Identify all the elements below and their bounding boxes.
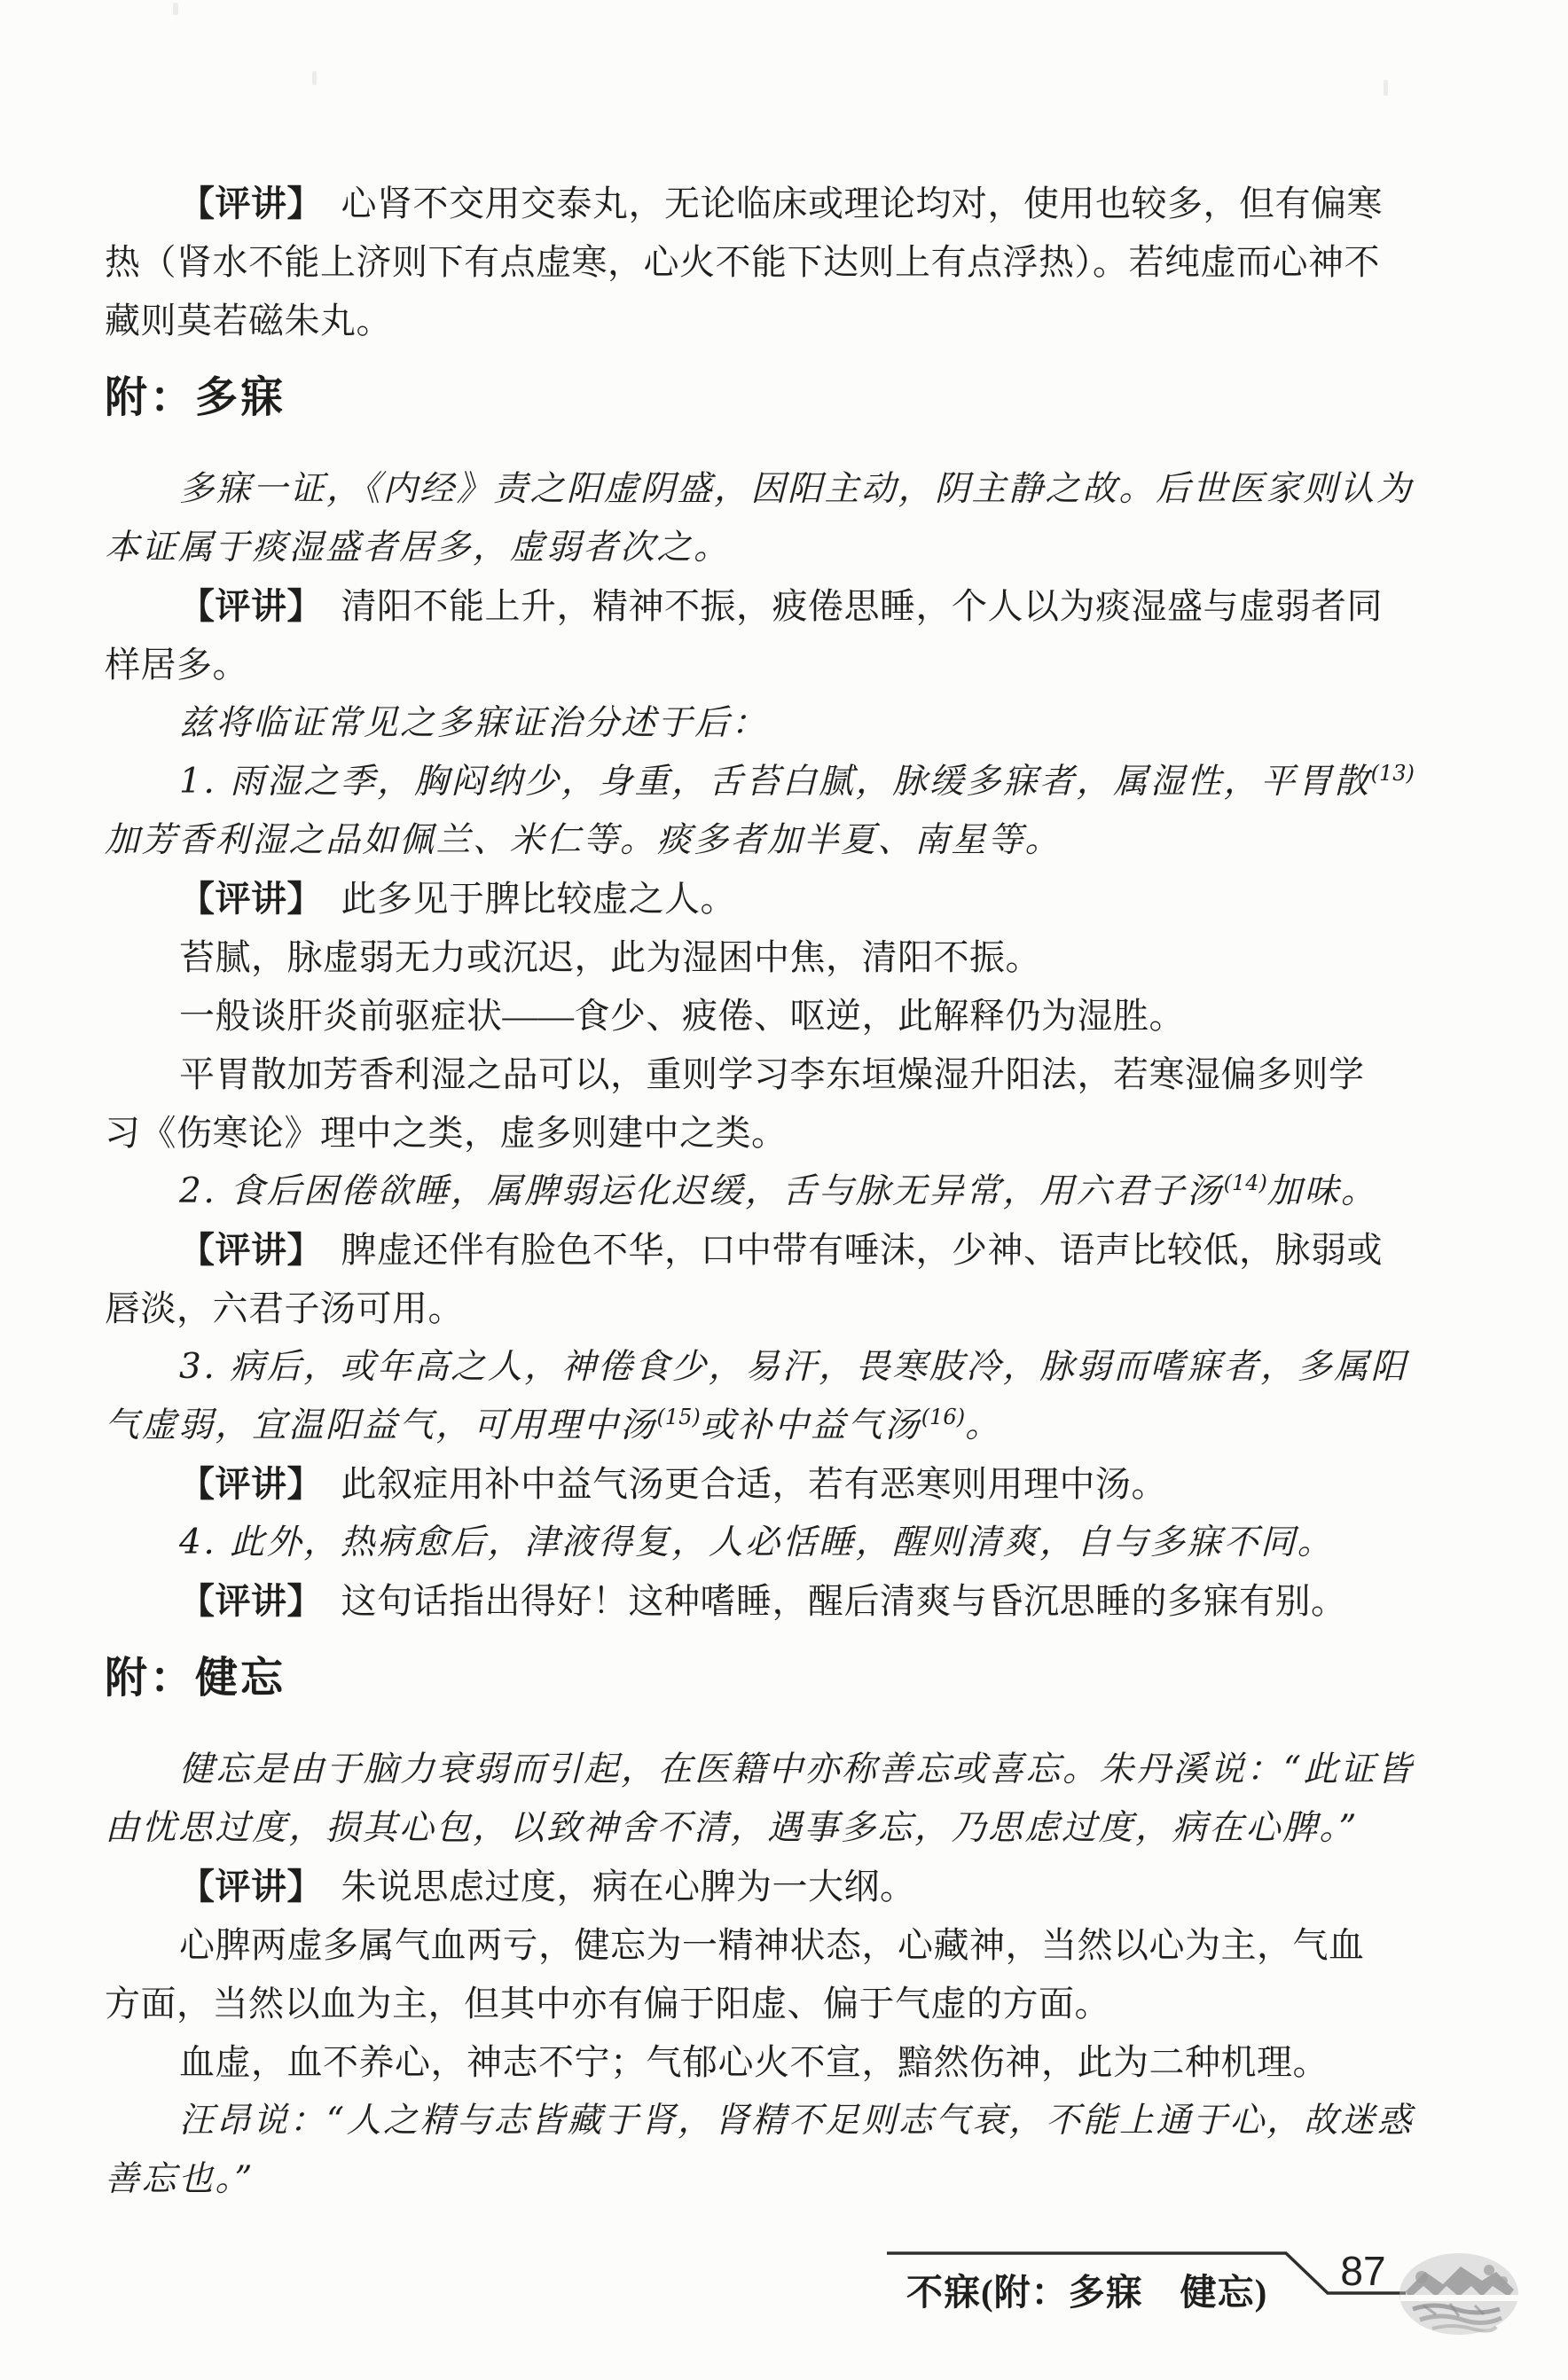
text-run: 多寐一证，《内经》责之阳虚阴盛，因阳主动，阴主静之故。后世医家则认为 [179,469,1414,509]
text-line: 【评讲】 朱说思虑过度，病在心脾为一大纲。 [105,1858,1470,1916]
text-line: 【评讲】 此多见于脾比较虚之人。 [105,870,1470,928]
comment-label: 【评讲】 [179,1464,305,1504]
text-line: 【评讲】 心肾不交用交泰丸，无论临床或理论均对，使用也较多，但有偏寒 [105,175,1470,233]
text-flow: 【评讲】 心肾不交用交泰丸，无论临床或理论均对，使用也较多，但有偏寒热（肾水不能… [105,175,1470,2209]
text-line: 唇淡，六君子汤可用。 [105,1280,1470,1338]
text-run: 。 [965,1405,1002,1445]
text-run: 脾虚还伴有脸色不华，口中带有唾沫，少神、语声比较低，脉弱或 [305,1230,1383,1270]
page-number: 87 [1333,2247,1393,2295]
text-line: 方面，当然以血为主，但其中亦有偏于阳虚、偏于气虚的方面。 [105,1975,1470,2033]
text-run: 此多见于脾比较虚之人。 [305,879,736,919]
text-line: 热（肾水不能上济则下有点虚寒，心火不能下达则上有点浮热）。若纯虚而心神不 [105,233,1470,292]
text-run: 附：健忘 [105,1655,286,1702]
text-run: 心脾两虚多属气血两亏，健忘为一精神状态，心藏神，当然以心为主，气血 [179,1925,1365,1965]
text-line: 3. 病后，或年高之人，神倦食少，易汗，畏寒肢冷，脉弱而嗜寐者，多属阳 [105,1338,1470,1397]
text-line: 由忧思过度，损其心包，以致神舍不清，遇事多忘，乃思虑过度，病在心脾。” [105,1799,1470,1858]
book-page: 【评讲】 心肾不交用交泰丸，无论临床或理论均对，使用也较多，但有偏寒热（肾水不能… [0,0,1568,2380]
text-line: 血虚，血不养心，神志不宁；气郁心火不宣，黯然伤神，此为二种机理。 [105,2033,1470,2092]
text-run: 心肾不交用交泰丸，无论临床或理论均对，使用也较多，但有偏寒 [305,184,1383,223]
footnote-ref: (14) [1224,1170,1267,1195]
text-run: 血虚，血不养心，神志不宁；气郁心火不宣，黯然伤神，此为二种机理。 [179,2042,1329,2082]
text-run: 1. 雨湿之季，胸闷纳少，身重，舌苔白腻，脉缓多寐者，属湿性，平胃散 [179,762,1371,802]
scan-artifact [312,71,317,85]
text-line: 气虚弱，宜温阳益气，可用理中汤(15)或补中益气汤(16)。 [105,1397,1470,1455]
text-line: 【评讲】 这句话指出得好！这种嗜睡，醒后清爽与昏沉思睡的多寐有别。 [105,1572,1470,1631]
comment-label: 【评讲】 [179,586,305,626]
text-run: 朱说思虑过度，病在心脾为一大纲。 [305,1867,916,1906]
text-run: 附：多寐 [105,374,286,421]
text-line: 4. 此外，热病愈后，津液得复，人必恬睡，醒则清爽，自与多寐不同。 [105,1514,1470,1572]
text-run: 习《伤寒论》理中之类，虚多则建中之类。 [105,1113,788,1153]
publisher-seal-icon [1397,2251,1523,2339]
footer-chapter-title: 不寐(附：多寐 健忘) [906,2263,1267,2315]
text-line: 习《伤寒论》理中之类，虚多则建中之类。 [105,1104,1470,1163]
text-run: 清阳不能上升，精神不振，疲倦思睡，个人以为痰湿盛与虚弱者同 [305,586,1383,626]
scan-artifact [173,3,178,15]
text-line: 【评讲】 此叙症用补中益气汤更合适，若有恶寒则用理中汤。 [105,1455,1470,1514]
text-line: 2. 食后困倦欲睡，属脾弱运化迟缓，舌与脉无异常，用六君子汤(14)加味。 [105,1163,1470,1221]
text-line: 兹将临证常见之多寐证治分述于后： [105,694,1470,753]
text-run: 唇淡，六君子汤可用。 [105,1288,464,1328]
comment-label: 【评讲】 [179,1867,305,1906]
text-run: 4. 此外，热病愈后，津液得复，人必恬睡，醒则清爽，自与多寐不同。 [179,1523,1334,1562]
text-line: 平胃散加芳香利湿之品可以，重则学习李东垣燥湿升阳法，若寒湿偏多则学 [105,1045,1470,1104]
footnote-ref: (15) [657,1405,701,1429]
text-run: 由忧思过度，损其心包，以致神舍不清，遇事多忘，乃思虑过度，病在心脾。” [105,1808,1359,1848]
text-run: 这句话指出得好！这种嗜睡，醒后清爽与昏沉思睡的多寐有别。 [305,1581,1347,1621]
text-line: 多寐一证，《内经》责之阳虚阴盛，因阳主动，阴主静之故。后世医家则认为 [105,460,1470,519]
text-run: 方面，当然以血为主，但其中亦有偏于阳虚、偏于气虚的方面。 [105,1984,1110,2024]
text-run: 3. 病后，或年高之人，神倦食少，易汗，畏寒肢冷，脉弱而嗜寐者，多属阳 [179,1347,1407,1387]
text-line: 健忘是由于脑力衰弱而引起，在医籍中亦称善忘或喜忘。朱丹溪说：“此证皆 [105,1741,1470,1799]
text-run: 兹将临证常见之多寐证治分述于后： [179,703,768,743]
text-line: 藏则莫若磁朱丸。 [105,292,1470,350]
text-run: 藏则莫若磁朱丸。 [105,301,392,341]
footnote-ref: (13) [1371,761,1415,786]
footnote-ref: (16) [921,1405,965,1429]
text-line: 一般谈肝炎前驱症状——食少、疲倦、呕逆，此解释仍为湿胜。 [105,987,1470,1045]
text-run: 一般谈肝炎前驱症状——食少、疲倦、呕逆，此解释仍为湿胜。 [179,996,1185,1036]
section-heading: 附：健忘 [105,1643,1470,1714]
text-line: 心脾两虚多属气血两亏，健忘为一精神状态，心藏神，当然以心为主，气血 [105,1916,1470,1975]
text-line: 汪昂说：“人之精与志皆藏于肾，肾精不足则志气衰，不能上通于心，故迷惑 [105,2092,1470,2150]
text-run: 加芳香利湿之品如佩兰、米仁等。痰多者加半夏、南星等。 [105,820,1062,860]
text-line: 【评讲】 清阳不能上升，精神不振，疲倦思睡，个人以为痰湿盛与虚弱者同 [105,577,1470,636]
text-run: 加味。 [1267,1171,1378,1211]
text-line: 加芳香利湿之品如佩兰、米仁等。痰多者加半夏、南星等。 [105,811,1470,870]
text-run: 气虚弱，宜温阳益气，可用理中汤 [105,1405,657,1445]
text-run: 热（肾水不能上济则下有点虚寒，心火不能下达则上有点浮热）。若纯虚而心神不 [105,242,1380,282]
comment-label: 【评讲】 [179,879,305,919]
text-line: 样居多。 [105,636,1470,694]
scan-artifact [1384,80,1388,96]
text-run: 样居多。 [105,645,248,685]
comment-label: 【评讲】 [179,1230,305,1270]
text-line: 善忘也。” [105,2150,1470,2209]
text-run: 或补中益气汤 [701,1405,921,1445]
text-run: 健忘是由于脑力衰弱而引起，在医籍中亦称善忘或喜忘。朱丹溪说：“此证皆 [179,1750,1414,1789]
text-run: 苔腻，脉虚弱无力或沉迟，此为湿困中焦，清阳不振。 [179,937,1041,977]
section-heading: 附：多寐 [105,363,1470,434]
text-line: 苔腻，脉虚弱无力或沉迟，此为湿困中焦，清阳不振。 [105,928,1470,987]
text-run: 汪昂说：“人之精与志皆藏于肾，肾精不足则志气衰，不能上通于心，故迷惑 [179,2101,1414,2141]
text-line: 本证属于痰湿盛者居多，虚弱者次之。 [105,519,1470,577]
text-run: 2. 食后困倦欲睡，属脾弱运化迟缓，舌与脉无异常，用六君子汤 [179,1171,1224,1211]
text-run: 善忘也。” [105,2159,255,2199]
text-line: 1. 雨湿之季，胸闷纳少，身重，舌苔白腻，脉缓多寐者，属湿性，平胃散(13) [105,753,1470,811]
text-line: 【评讲】 脾虚还伴有脸色不华，口中带有唾沫，少神、语声比较低，脉弱或 [105,1221,1470,1280]
comment-label: 【评讲】 [179,184,305,223]
text-run: 此叙症用补中益气汤更合适，若有恶寒则用理中汤。 [305,1464,1167,1504]
comment-label: 【评讲】 [179,1581,305,1621]
text-run: 本证属于痰湿盛者居多，虚弱者次之。 [105,528,731,568]
text-run: 平胃散加芳香利湿之品可以，重则学习李东垣燥湿升阳法，若寒湿偏多则学 [179,1054,1365,1094]
